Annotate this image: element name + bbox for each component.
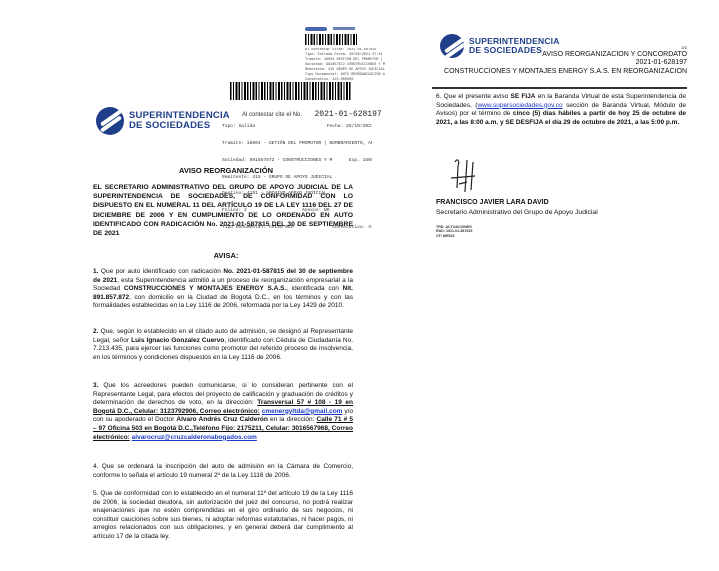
- signer-name: FRANCISCO JAVIER LARA DAVID: [436, 199, 549, 206]
- paragraph-6: 6. Que el presente aviso SE FIJA en la B…: [436, 93, 686, 127]
- page-number: 2/2: [640, 45, 687, 50]
- sticker-line: Sociedad: 891857872 - CONSTRUCCIONES Y M…: [222, 158, 372, 164]
- header-rule: [432, 87, 687, 89]
- sticker-line: Tipo: Salida Fecha: 25/10/2021 07:46:41 …: [222, 124, 372, 130]
- superintendencia-logo-icon: [96, 107, 124, 135]
- sticker-line: Remitente: 415 - GRUPO DE APOYO JUDICIAL: [222, 175, 372, 181]
- p6-text: 6. Que el presente aviso: [436, 93, 510, 100]
- main-barcode: [230, 82, 352, 100]
- paragraph-1: 1. Que por auto identificado con radicac…: [93, 268, 353, 311]
- paragraph-4: 4. Que se ordenará la inscripción del au…: [93, 463, 353, 480]
- small-barcode: [305, 34, 357, 45]
- p3-text: en la dirección:: [268, 416, 317, 423]
- paragraph-2: 2. Que, según lo establecido en el citad…: [93, 328, 353, 362]
- signer-role: Secretario Administrativo del Grupo de A…: [436, 209, 598, 216]
- signature-icon: [445, 156, 485, 196]
- avisa-heading: AVISA:: [90, 251, 362, 260]
- sticker-line: Tramite: 16004 - GETIÓN DEL PROMOTOR | N…: [222, 141, 372, 147]
- p1-company: CONSTRUCCIONES Y MONTAJES ENERGY S.A.S.: [124, 285, 286, 292]
- logo-line2: DE SOCIEDADES: [129, 121, 230, 131]
- p3-attorney: Alvaro Andrés Cruz Calderón: [176, 416, 267, 423]
- header-line-2: 2021-01-628197: [440, 59, 687, 68]
- paragraph-3: 3. Que los acreedores pueden comunicarse…: [93, 382, 353, 442]
- p1-text: Que por auto identificado con radicación: [98, 268, 223, 275]
- small-logo-icon: [305, 27, 327, 31]
- header-line-3: CONSTRUCCIONES Y MONTAJES ENERGY S.A.S. …: [430, 68, 687, 77]
- email-link-cmenergy[interactable]: cmenergyltda@gmail.com: [262, 408, 343, 415]
- lead-paragraph: EL SECRETARIO ADMINISTRATIVO DEL GRUPO D…: [93, 183, 353, 238]
- p2-representative: Luis Ignacio Gonzalez Cuervo: [131, 337, 224, 344]
- supersociedades-link[interactable]: www.supersociedades.gov.co: [477, 102, 562, 109]
- left-logo: SUPERINTENDENCIA DE SOCIEDADES: [96, 107, 230, 135]
- email-link-alvarocruz[interactable]: alvarocruz@cruzcalderonabogados.com: [132, 434, 257, 441]
- p1-text: , con domicilio en la Ciudad de Bogotá D…: [93, 294, 353, 310]
- paragraph-5: 5. Que de conformidad con lo establecido…: [93, 490, 353, 542]
- document-title: AVISO REORGANIZACIÓN: [90, 166, 362, 175]
- p6-se-fija: SE FIJA: [510, 93, 535, 100]
- document-meta: TRD: ACTUACIONES RAD: 2021-01-587815 CF:…: [436, 225, 472, 238]
- p1-text: , identificada con: [286, 285, 342, 292]
- sticker-small-text: Al contestar citar: 2021-01-587815 Tipo:…: [305, 48, 385, 83]
- small-logo-icon: [333, 27, 355, 30]
- meta-cf: CF: ME529: [436, 234, 472, 238]
